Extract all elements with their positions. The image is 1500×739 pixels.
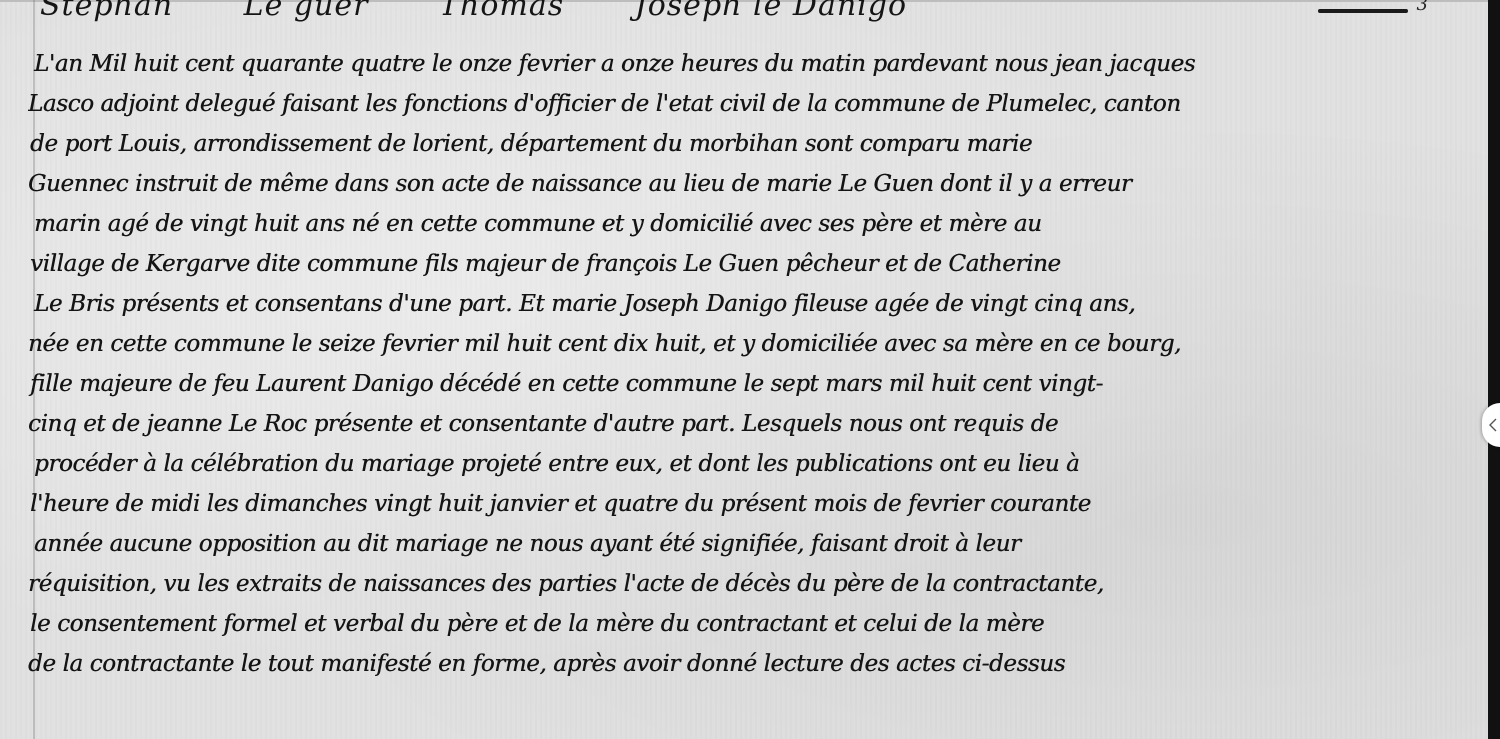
text-line: née en cette commune le seize fevrier mi… xyxy=(28,324,1458,364)
image-viewer: Stephan Le guer Thomas Joseph le Danigo … xyxy=(0,0,1500,739)
header-name: Thomas xyxy=(439,0,564,23)
text-line: de port Louis, arrondissement de lorient… xyxy=(28,124,1458,164)
text-line: Guennec instruit de même dans son acte d… xyxy=(28,164,1458,204)
page-number: 3 xyxy=(1417,0,1428,15)
text-line: procéder à la célébration du mariage pro… xyxy=(28,444,1458,484)
header-name: Stephan xyxy=(40,0,173,23)
header-name: Joseph le Danigo xyxy=(635,0,907,23)
text-line: fille majeure de feu Laurent Danigo décé… xyxy=(28,364,1458,404)
document-scan[interactable]: Stephan Le guer Thomas Joseph le Danigo … xyxy=(0,0,1488,739)
page-number-flourish xyxy=(1318,9,1408,13)
header-name: Le guer xyxy=(244,0,369,23)
text-line: cinq et de jeanne Le Roc présente et con… xyxy=(28,404,1458,444)
chevron-left-icon xyxy=(1485,418,1497,432)
text-line: L'an Mil huit cent quarante quatre le on… xyxy=(28,44,1458,84)
text-line: année aucune opposition au dit mariage n… xyxy=(28,524,1458,564)
text-line: de la contractante le tout manifesté en … xyxy=(28,644,1458,684)
text-line: Lasco adjoint delegué faisant les foncti… xyxy=(28,84,1458,124)
viewer-right-edge xyxy=(1488,0,1500,739)
text-line: village de Kergarve dite commune fils ma… xyxy=(28,244,1458,284)
handwritten-text-block: L'an Mil huit cent quarante quatre le on… xyxy=(28,44,1458,684)
text-line: Le Bris présents et consentans d'une par… xyxy=(28,284,1458,324)
text-line: l'heure de midi les dimanches vingt huit… xyxy=(28,484,1458,524)
text-line: réquisition, vu les extraits de naissanc… xyxy=(28,564,1458,604)
text-line: marin agé de vingt huit ans né en cette … xyxy=(28,204,1458,244)
record-header-names: Stephan Le guer Thomas Joseph le Danigo xyxy=(40,0,967,28)
text-line: le consentement formel et verbal du père… xyxy=(28,604,1458,644)
